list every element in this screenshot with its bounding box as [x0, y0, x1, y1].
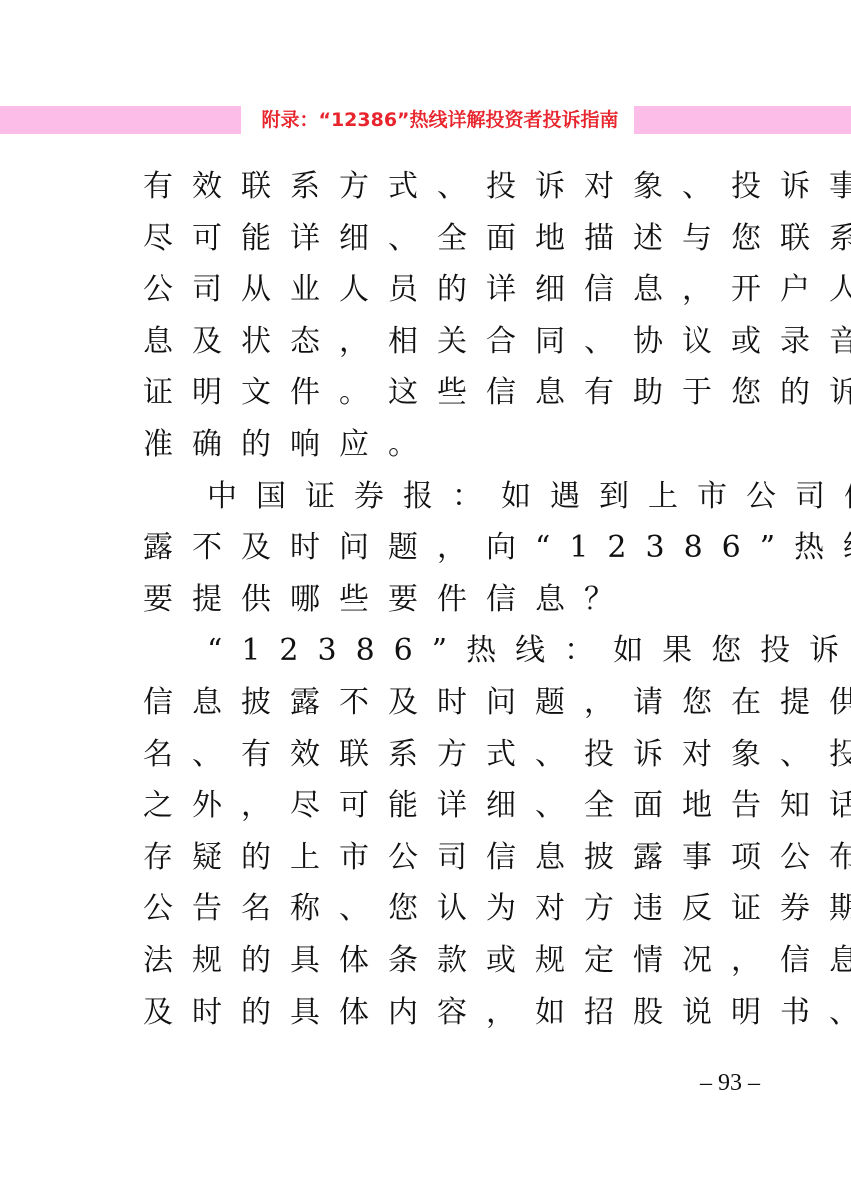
text-line: 准确的响应。 [143, 419, 743, 471]
text-line: 露不及时问题，向“12386”热线投诉，需 [143, 522, 743, 574]
page-number: – 93 – [700, 1066, 780, 1100]
running-header: 附录：“12386”热线详解投资者投诉指南 [0, 106, 851, 134]
header-band-right [634, 106, 851, 134]
text-line: 息及状态，相关合同、协议或录音等其他 [143, 316, 743, 368]
question-paragraph-start: 中国证券报：如遇到上市公司信息披 [143, 471, 743, 523]
text-line: 公告名称、您认为对方违反证券期货法律 [143, 883, 743, 935]
text-line: 证明文件。这些信息有助于您的诉求得到 [143, 367, 743, 419]
page-body: 有效联系方式、投诉对象、投诉事由之外， 尽可能详细、全面地描述与您联系的证券 公… [143, 161, 743, 1038]
text-line: 之外，尽可能详细、全面地告知话务员您 [143, 780, 743, 832]
text-line: 名、有效联系方式、投诉对象、投诉事由 [143, 729, 743, 781]
header-title: 附录：“12386”热线详解投资者投诉指南 [252, 106, 628, 134]
text-line: 尽可能详细、全面地描述与您联系的证券 [143, 213, 743, 265]
text-line: 有效联系方式、投诉对象、投诉事由之外， [143, 161, 743, 213]
text-line: 信息披露不及时问题，请您在提供真实姓 [143, 677, 743, 729]
text-line: 存疑的上市公司信息披露事项公布时间、 [143, 832, 743, 884]
text-line: 公司从业人员的详细信息，开户人账户信 [143, 264, 743, 316]
text-line: 要提供哪些要件信息？ [143, 574, 743, 626]
header-band-left [0, 106, 241, 134]
answer-paragraph-start: “12386”热线：如果您投诉上市公司 [143, 625, 743, 677]
text-line: 及时的具体内容，如招股说明书、募集说 [143, 987, 743, 1039]
text-line: 法规的具体条款或规定情况，信息披露不 [143, 935, 743, 987]
